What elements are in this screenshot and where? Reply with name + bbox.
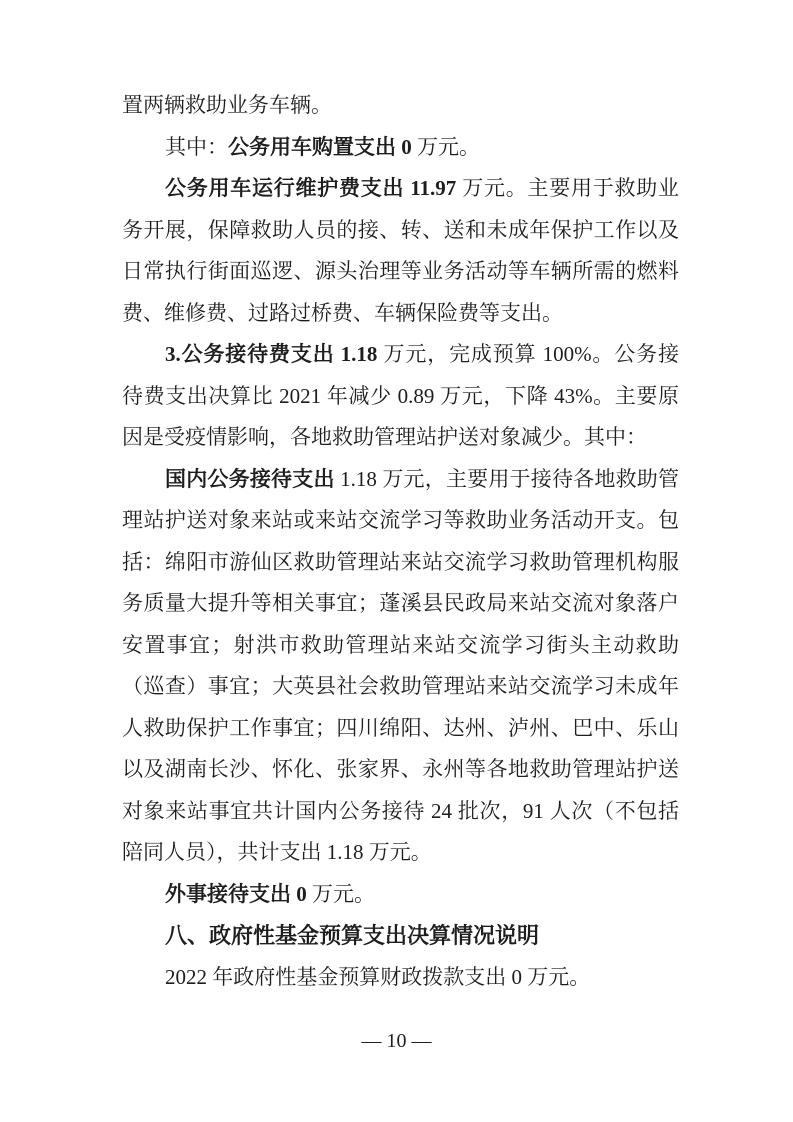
paragraph-vehicle-operation-expense: 公务用车运行维护费支出 11.97 万元。主要用于救助业务开展，保障救助人员的接… [122, 168, 679, 334]
section-heading-government-funds: 八、政府性基金预算支出决算情况说明 [122, 915, 679, 957]
body-text: 万元。 [307, 882, 375, 906]
bold-expense-text: 3.公务接待费支出 1.18 [165, 342, 377, 366]
page-number: — 10 — [362, 1030, 432, 1052]
page-footer: — 10 — [0, 1030, 793, 1053]
body-text: 1.18 万元，主要用于接待各地救助管理站护送对象来站或来站交流学习等救助业务活… [122, 467, 679, 865]
heading-text: 八、政府性基金预算支出决算情况说明 [165, 923, 539, 948]
body-text: 2022 年政府性基金预算财政拨款支出 0 万元。 [165, 965, 590, 989]
paragraph-official-reception-expense: 3.公务接待费支出 1.18 万元，完成预算 100%。公务接待费支出决算比 2… [122, 334, 679, 459]
bold-expense-text: 公务用车运行维护费支出 11.97 [165, 176, 456, 200]
paragraph-government-fund-expense: 2022 年政府性基金预算财政拨款支出 0 万元。 [122, 957, 679, 999]
body-text: 万元。 [412, 135, 480, 159]
paragraph-vehicle-purchase-expense: 其中：公务用车购置支出 0 万元。 [122, 127, 679, 169]
bold-expense-text: 国内公务接待支出 [165, 467, 335, 491]
body-text: 置两辆救助业务车辆。 [122, 93, 332, 117]
paragraph-vehicle-continuation: 置两辆救助业务车辆。 [122, 85, 679, 127]
paragraph-domestic-reception-expense: 国内公务接待支出 1.18 万元，主要用于接待各地救助管理站护送对象来站或来站交… [122, 459, 679, 874]
bold-expense-text: 外事接待支出 0 [165, 882, 307, 906]
body-text: 其中： [165, 135, 228, 159]
bold-expense-text: 公务用车购置支出 0 [228, 135, 412, 159]
document-page: 置两辆救助业务车辆。 其中：公务用车购置支出 0 万元。 公务用车运行维护费支出… [0, 0, 793, 1122]
page-content: 置两辆救助业务车辆。 其中：公务用车购置支出 0 万元。 公务用车运行维护费支出… [122, 85, 679, 998]
paragraph-foreign-reception-expense: 外事接待支出 0 万元。 [122, 874, 679, 916]
